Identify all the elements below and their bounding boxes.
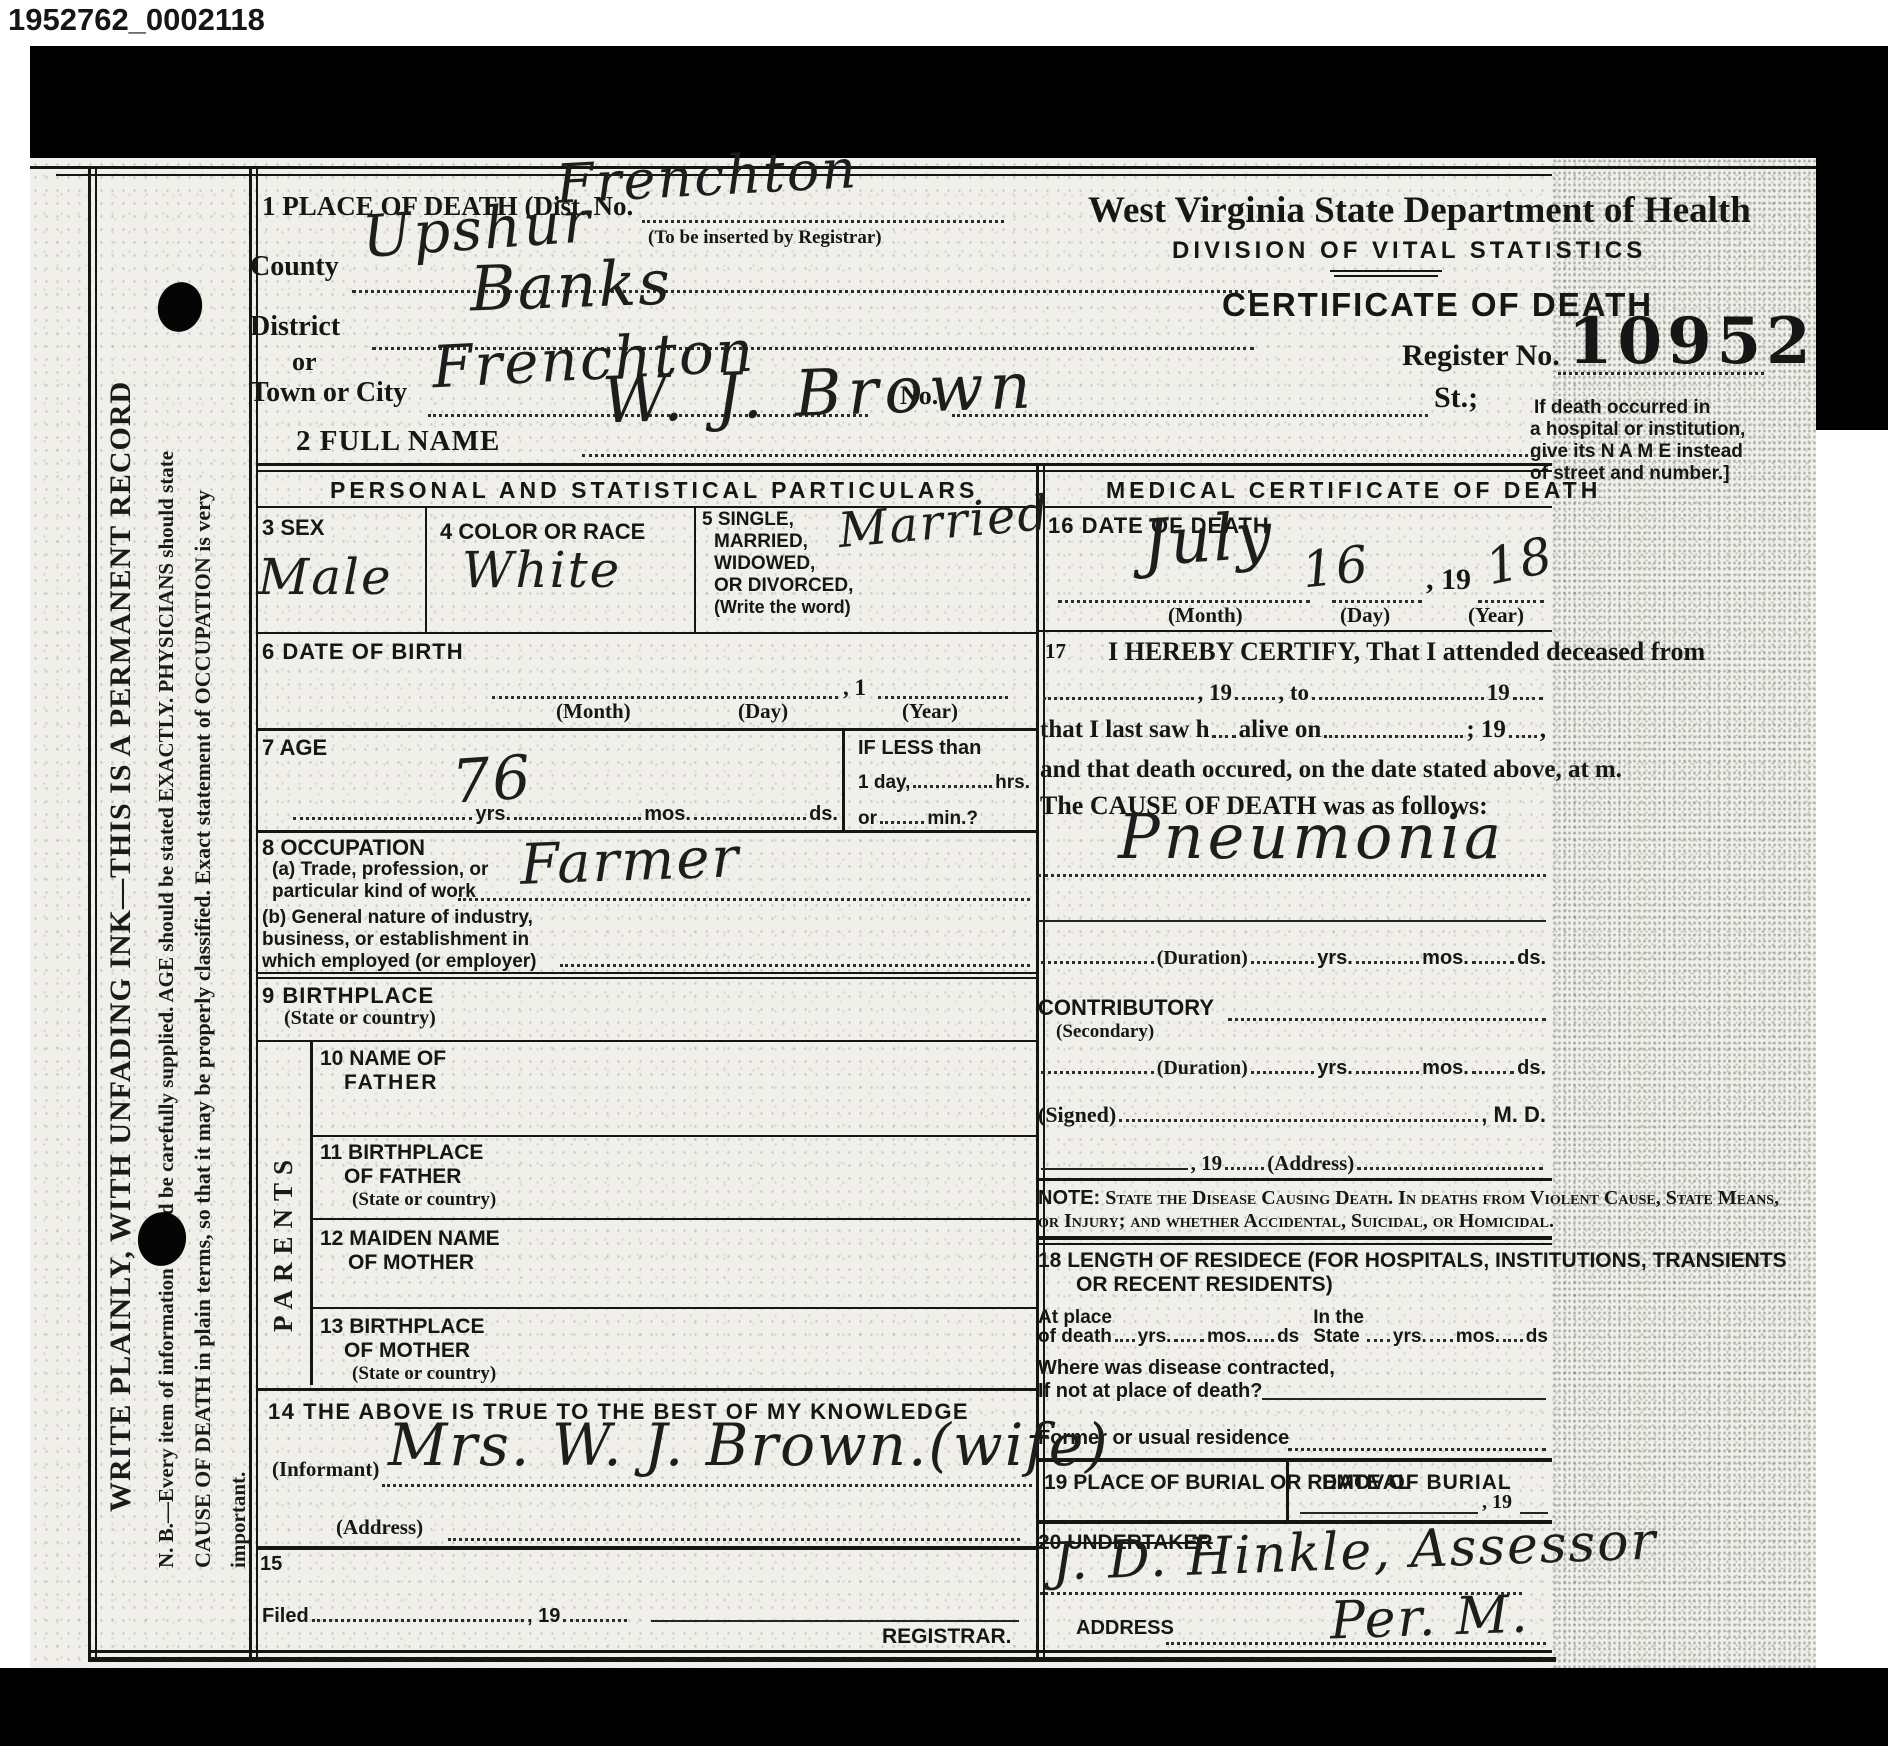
in-the-line1: In the — [1313, 1308, 1364, 1327]
rule — [256, 728, 1036, 731]
marital-label: MARRIED, — [714, 532, 808, 552]
parents-label: PARENTS — [268, 1152, 299, 1332]
solid-line — [1262, 1396, 1546, 1400]
scanner-band-right — [1814, 158, 1888, 430]
town-or-city-label: Town or City — [250, 378, 407, 407]
sign-date-address-row: , 19 (Address) — [1038, 1144, 1546, 1174]
death-occured-label: and that death occured, on the date stat… — [1040, 757, 1589, 782]
division-underline — [1334, 275, 1438, 277]
dod-year-prefix: , 19 — [1426, 564, 1471, 596]
sign-19-label: , 19 — [1191, 1153, 1223, 1174]
duration-label: (Duration) — [1157, 948, 1248, 968]
dotted-line — [1254, 1337, 1274, 1342]
scanned-death-certificate: 1952762_0002118 WRITE PLAINLY, WITH UNFA… — [0, 0, 1888, 1746]
hrs-label: hrs. — [995, 773, 1030, 792]
filed-label: Filed — [262, 1606, 309, 1626]
last-saw-label: that I last saw h — [1040, 717, 1209, 742]
res-mos-label: mos. — [1207, 1327, 1251, 1346]
district-label: District — [250, 312, 340, 341]
dotted-line — [1225, 1165, 1264, 1170]
if-less-min-row: or min.? — [858, 798, 978, 828]
color-race-label: 4 COLOR OR RACE — [440, 520, 645, 543]
occupation-b2: business, or establishment in — [262, 930, 529, 950]
marital-label: 5 SINGLE, — [702, 510, 794, 530]
informant-label: (Informant) — [272, 1458, 379, 1480]
rule — [256, 1546, 1036, 1550]
margin-note-write-plainly: WRITE PLAINLY, WITH UNFADING INK—THIS IS… — [104, 381, 138, 1512]
secondary-label: (Secondary) — [1056, 1022, 1154, 1042]
dotted-line — [1503, 1337, 1523, 1342]
dod-year-value: 18 — [1482, 530, 1559, 593]
dotted-line — [1288, 1446, 1546, 1451]
mos-label: mos. — [1422, 948, 1469, 968]
dotted-line — [563, 1617, 627, 1622]
dotted-line — [1472, 959, 1514, 964]
dotted-line — [448, 1536, 1020, 1541]
undertaker-per-value: Per. M. — [1329, 1589, 1530, 1648]
res-mos-label: mos. — [1456, 1327, 1500, 1346]
dotted-line — [1356, 1069, 1419, 1074]
sign-address-label: (Address) — [1267, 1153, 1354, 1174]
mos-label: mos. — [1422, 1058, 1469, 1078]
father-name-label: 10 NAME OF — [320, 1048, 446, 1070]
rule — [1039, 630, 1552, 632]
dotted-line — [1558, 370, 1764, 375]
undertaker-address-label: ADDRESS — [1076, 1618, 1174, 1639]
mother-birthplace-sub: (State or country) — [352, 1364, 496, 1384]
note-text1: State the Disease Causing Death. In deat… — [1105, 1187, 1779, 1209]
hospital-note-line2: a hospital or institution, — [1530, 420, 1745, 440]
dotted-line — [1174, 1337, 1204, 1342]
dod-month-label: (Month) — [1168, 604, 1243, 626]
dob-month-label: (Month) — [556, 700, 631, 722]
comma: , — [1540, 717, 1546, 742]
dotted-line — [582, 452, 1547, 457]
dotted-line — [1251, 959, 1314, 964]
scan-filename: 1952762_0002118 — [8, 4, 265, 37]
county-label: County — [250, 252, 339, 281]
dotted-line — [1356, 959, 1419, 964]
dob-day-label: (Day) — [738, 700, 788, 722]
rule — [256, 972, 1036, 974]
in-the-state-label: In the State — [1313, 1308, 1364, 1346]
dob-separator: , 1 — [843, 676, 866, 700]
dotted-line — [1235, 695, 1275, 700]
rule — [256, 632, 1036, 634]
frame-rule — [30, 166, 1816, 169]
dotted-line — [1041, 959, 1154, 964]
dod-year-label: (Year) — [1468, 604, 1524, 626]
duration-label: (Duration) — [1157, 1058, 1248, 1078]
dotted-line — [1041, 1069, 1154, 1074]
dod-month-value: July — [1140, 503, 1276, 576]
birthplace-label: 9 BIRTHPLACE — [262, 984, 434, 1007]
certify-19c: ; 19 — [1466, 717, 1506, 742]
certify-line3: that I last saw h alive on ; 19 , — [1040, 712, 1546, 742]
division-underline — [1330, 270, 1442, 272]
alive-on-label: alive on — [1239, 717, 1322, 742]
if-less-label: IF LESS than — [858, 738, 981, 759]
in-the-line2: State — [1313, 1327, 1364, 1346]
solid-line — [1520, 1510, 1548, 1514]
duration-row-1: (Duration) yrs. mos. ds. — [1038, 938, 1546, 968]
contracted-label-line2: If not at place of death? — [1038, 1381, 1262, 1402]
st-label: St.; — [1434, 382, 1478, 414]
dotted-line — [1430, 1337, 1453, 1342]
scan-noise-right-edge — [1552, 158, 1816, 1668]
register-no-stamp: 10952 — [1568, 308, 1816, 375]
hospital-note-line3: give its N A M E instead — [1530, 442, 1743, 462]
min-label: min.? — [927, 809, 978, 828]
rule — [1036, 1458, 1552, 1462]
father-birthplace-sub: (State or country) — [352, 1190, 496, 1210]
place-of-death-value: Frenchton — [555, 142, 859, 212]
yrs-label: yrs. — [1317, 948, 1353, 968]
dotted-line — [880, 819, 924, 824]
rule — [312, 1307, 1036, 1309]
color-race-value: White — [462, 545, 621, 595]
dotted-line — [1357, 1165, 1543, 1170]
dod-day-value: 16 — [1300, 539, 1372, 596]
filed-19-label: , 19 — [527, 1606, 560, 1626]
department-title: West Virginia State Department of Health — [1088, 192, 1751, 231]
rule — [312, 1135, 1036, 1137]
age-label: 7 AGE — [262, 736, 327, 759]
frame-rule — [256, 463, 1552, 466]
father-birthplace-label2: OF FATHER — [344, 1166, 461, 1188]
residence-label-line1: 18 LENGTH OF RESIDECE (FOR HOSPITALS, IN… — [1038, 1250, 1787, 1272]
duration-row-2: (Duration) yrs. mos. ds. — [1038, 1048, 1546, 1078]
note-line1: NOTE: State the Disease Causing Death. I… — [1038, 1188, 1779, 1209]
dotted-line — [913, 783, 992, 788]
dotted-line — [1251, 1069, 1314, 1074]
registrar-label: REGISTRAR. — [882, 1626, 1012, 1648]
hospital-note-line1: If death occurred in — [1534, 398, 1710, 418]
mother-maiden-label2: OF MOTHER — [348, 1252, 474, 1274]
signed-row: (Signed) , M. D. — [1038, 1096, 1546, 1126]
occupation-label: 8 OCCUPATION — [262, 836, 425, 859]
dotted-line — [1324, 733, 1463, 738]
occupation-b1: (b) General nature of industry, — [262, 908, 533, 928]
dotted-line — [1038, 872, 1546, 877]
father-name-label2: FATHER — [344, 1072, 438, 1094]
solid-line — [1300, 1510, 1478, 1514]
dotted-line — [1212, 733, 1235, 738]
contracted-label-line1: Where was disease contracted, — [1038, 1358, 1335, 1379]
res-ds-label: ds — [1526, 1327, 1548, 1346]
informant-address-label: (Address) — [336, 1516, 423, 1538]
marital-hint: (Write the word) — [714, 598, 851, 617]
scanner-band-top — [30, 46, 1888, 158]
rule — [258, 1040, 1036, 1042]
rule — [256, 977, 1036, 979]
burial-19-label: , 19 — [1482, 1492, 1512, 1513]
writing-line — [1038, 918, 1546, 922]
dotted-line — [312, 1617, 524, 1622]
register-no-label: Register No. — [1402, 340, 1560, 372]
margin-note-nb-line1: N. B.—Every item of information should b… — [154, 451, 179, 1568]
frame-rule — [95, 166, 97, 1660]
dotted-line — [514, 815, 641, 820]
dotted-line — [1472, 1069, 1514, 1074]
occupation-a2: particular kind of work — [272, 882, 476, 902]
dotted-line — [458, 896, 1030, 901]
dob-label: 6 DATE OF BIRTH — [262, 640, 464, 663]
dod-day-label: (Day) — [1340, 604, 1390, 626]
age-ds-label: ds. — [809, 804, 838, 824]
or-label: or — [292, 348, 317, 375]
solid-line — [1041, 1166, 1188, 1170]
certify-19a: , 19 — [1197, 681, 1232, 704]
dotted-line — [560, 962, 1030, 967]
margin-note-nb-line2: CAUSE OF DEATH in plain terms, so that i… — [190, 490, 216, 1568]
cause-of-death-value: Pneumonia — [1118, 806, 1505, 868]
contributory-label: CONTRIBUTORY — [1038, 996, 1214, 1019]
filed-row: Filed , 19 — [262, 1596, 1022, 1626]
cell-divider — [694, 506, 696, 632]
age-yrs-label: yrs. — [475, 804, 511, 824]
rule — [1043, 506, 1552, 508]
dotted-line — [1509, 733, 1537, 738]
mother-birthplace-label: 13 BIRTHPLACE — [320, 1316, 485, 1338]
registrar-hint: (To be inserted by Registrar) — [648, 228, 882, 248]
scanner-band-bottom — [0, 1668, 1888, 1746]
note-line2: or Injury; and whether Accidental, Suici… — [1038, 1211, 1554, 1232]
res-yrs-label: yrs. — [1393, 1327, 1427, 1346]
father-birthplace-label: 11 BIRTHPLACE — [320, 1142, 483, 1164]
signed-label: (Signed) — [1038, 1104, 1116, 1126]
ds-label: ds. — [1517, 948, 1546, 968]
at-place-line2: of death — [1038, 1327, 1112, 1346]
sex-label: 3 SEX — [262, 516, 324, 539]
at-place-line1: At place — [1038, 1308, 1112, 1327]
md-label: , M. D. — [1481, 1104, 1546, 1126]
solid-line — [651, 1618, 1019, 1622]
rule — [1036, 1178, 1552, 1181]
marital-label: WIDOWED, — [714, 554, 815, 574]
rule — [312, 1218, 1036, 1220]
frame-rule — [88, 166, 91, 1660]
margin-note-nb-line3: important. — [226, 1472, 251, 1568]
occupation-a1: (a) Trade, profession, or — [272, 860, 488, 880]
cell-divider — [842, 728, 845, 830]
note-bold: NOTE: — [1038, 1187, 1100, 1209]
certify-19b: 19 — [1487, 681, 1510, 704]
occupation-value: Farmer — [519, 830, 741, 894]
dotted-line — [293, 815, 472, 820]
birthplace-sub: (State or country) — [284, 1008, 436, 1029]
dotted-line — [1228, 1016, 1546, 1021]
or-label: or — [858, 809, 877, 828]
res-yrs-label: yrs. — [1138, 1327, 1172, 1346]
age-units-row: yrs. mos. ds. — [290, 790, 838, 824]
if-less-hrs-row: 1 day, hrs. — [858, 762, 1030, 792]
frame-rule — [88, 1657, 1556, 1662]
division-subtitle: DIVISION OF VITAL STATISTICS — [1172, 238, 1646, 263]
full-name-value: W. J. Brown — [601, 354, 1038, 433]
dotted-line — [382, 1482, 1032, 1487]
item-15-label: 15 — [260, 1554, 282, 1575]
rule — [256, 1388, 1036, 1391]
certify-line1: I HEREBY CERTIFY, That I attended deceas… — [1108, 638, 1705, 665]
m-label: m. — [1595, 757, 1622, 782]
dotted-line — [1367, 1337, 1390, 1342]
one-day-label: 1 day, — [858, 773, 910, 792]
occupation-b3: which employed (or employer) — [262, 952, 537, 972]
informant-value: Mrs. W. J. Brown.(wife) — [388, 1416, 1110, 1474]
res-ds-label: ds — [1277, 1327, 1299, 1346]
full-name-label: 2 FULL NAME — [296, 426, 500, 456]
dotted-line — [1043, 695, 1194, 700]
dotted-line — [1513, 695, 1543, 700]
residence-label-line2: OR RECENT RESIDENTS) — [1076, 1274, 1333, 1296]
dotted-line — [1119, 1117, 1478, 1122]
certify-number: 17 — [1045, 640, 1066, 662]
rule — [1036, 1243, 1552, 1245]
dotted-line — [694, 815, 806, 820]
cell-divider — [425, 506, 427, 632]
ds-label: ds. — [1517, 1058, 1546, 1078]
certify-line4: and that death occured, on the date stat… — [1040, 752, 1546, 782]
dotted-line — [1312, 695, 1484, 700]
dotted-line — [1115, 1337, 1135, 1342]
medical-section-title: MEDICAL CERTIFICATE OF DEATH — [1106, 478, 1601, 502]
at-place-label: At place of death — [1038, 1308, 1112, 1346]
certify-to: , to — [1278, 681, 1309, 704]
frame-rule — [256, 470, 1552, 472]
dob-year-label: (Year) — [902, 700, 958, 722]
age-mos-label: mos. — [644, 804, 691, 824]
rule — [1036, 1236, 1552, 1240]
yrs-label: yrs. — [1317, 1058, 1353, 1078]
residence-values-row: At place of death yrs. mos. ds In the St… — [1038, 1300, 1548, 1346]
sex-value: Male — [258, 552, 393, 602]
mother-birthplace-label2: OF MOTHER — [344, 1340, 470, 1362]
mother-maiden-label: 12 MAIDEN NAME — [320, 1228, 500, 1250]
cell-divider — [310, 1040, 313, 1385]
marital-label: OR DIVORCED, — [714, 576, 853, 596]
district-value: Banks — [469, 251, 673, 320]
dotted-line — [642, 218, 1004, 223]
certify-line2: , 19 , to 19 — [1040, 674, 1546, 704]
